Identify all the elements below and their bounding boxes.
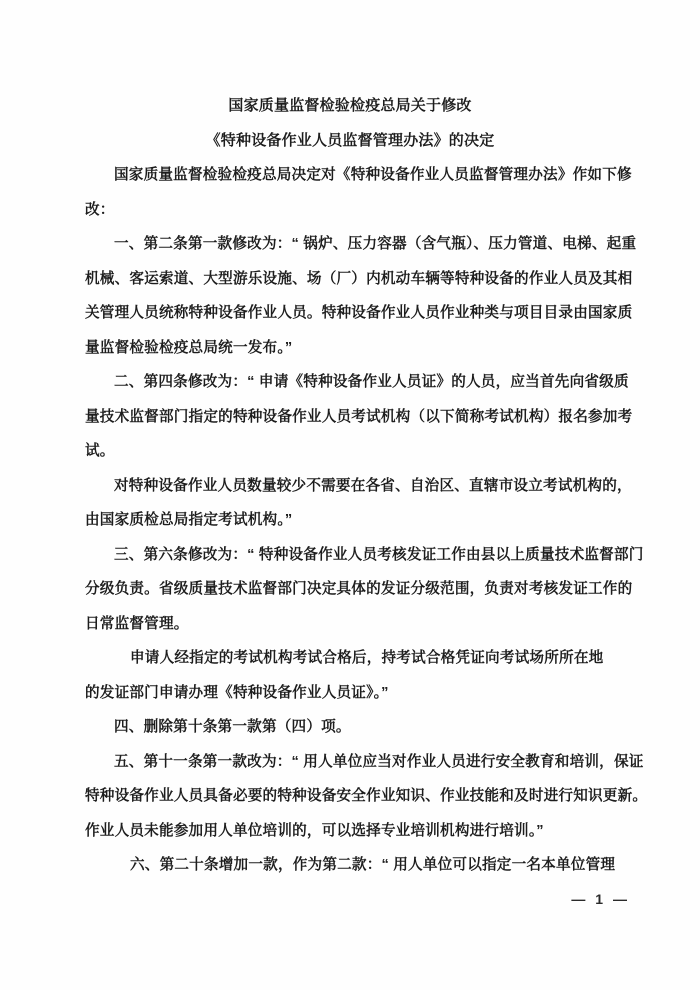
doc-line: 关管理人员统称特种设备作业人员。特种设备作业人员作业种类与项目目录由国家质 bbox=[85, 296, 615, 331]
document-page: 国家质量监督检验检疫总局关于修改 《特种设备作业人员监督管理办法》的决定 国家质… bbox=[0, 0, 700, 990]
doc-line: 特种设备作业人员具备必要的特种设备安全作业知识、作业技能和及时进行知识更新。 bbox=[85, 779, 615, 814]
doc-line: 作业人员未能参加用人单位培训的，可以选择专业培训机构进行培训。” bbox=[85, 814, 615, 849]
doc-title-line-2: 《特种设备作业人员监督管理办法》的决定 bbox=[85, 124, 615, 159]
doc-line: 量技术监督部门指定的特种设备作业人员考试机构（以下简称考试机构）报名参加考 bbox=[85, 400, 615, 435]
doc-line: 二、第四条修改为：“ 申请《特种设备作业人员证》的人员，应当首先向省级质 bbox=[85, 365, 615, 400]
doc-line: 改： bbox=[85, 193, 615, 228]
doc-line: 申请人经指定的考试机构考试合格后，持考试合格凭证向考试场所所在地 bbox=[85, 641, 615, 676]
doc-line: 一、第二条第一款修改为：“ 锅炉、压力容器（含气瓶）、压力管道、电梯、起重 bbox=[85, 227, 615, 262]
doc-line: 由国家质检总局指定考试机构。” bbox=[85, 503, 615, 538]
doc-line: 国家质量监督检验检疫总局决定对《特种设备作业人员监督管理办法》作如下修 bbox=[85, 158, 615, 193]
doc-line: 试。 bbox=[85, 434, 615, 469]
page-number: — 1 — bbox=[571, 889, 630, 909]
doc-line: 三、第六条修改为：“ 特种设备作业人员考核发证工作由县以上质量技术监督部门 bbox=[85, 538, 615, 573]
document-text-block: 国家质量监督检验检疫总局关于修改 《特种设备作业人员监督管理办法》的决定 国家质… bbox=[0, 0, 700, 883]
doc-line: 量监督检验检疫总局统一发布。” bbox=[85, 331, 615, 366]
doc-line: 机械、客运索道、大型游乐设施、场（厂）内机动车辆等特种设备的作业人员及其相 bbox=[85, 262, 615, 297]
doc-line: 五、第十一条第一款改为：“ 用人单位应当对作业人员进行安全教育和培训，保证 bbox=[85, 745, 615, 780]
doc-title-line-1: 国家质量监督检验检疫总局关于修改 bbox=[85, 89, 615, 124]
doc-line: 日常监督管理。 bbox=[85, 607, 615, 642]
doc-line: 分级负责。省级质量技术监督部门决定具体的发证分级范围，负责对考核发证工作的 bbox=[85, 572, 615, 607]
doc-line: 对特种设备作业人员数量较少不需要在各省、自治区、直辖市设立考试机构的， bbox=[85, 469, 615, 504]
doc-line: 四、删除第十条第一款第（四）项。 bbox=[85, 710, 615, 745]
doc-line: 的发证部门申请办理《特种设备作业人员证》。” bbox=[85, 676, 615, 711]
doc-line: 六、第二十条增加一款，作为第二款：“ 用人单位可以指定一名本单位管理 bbox=[85, 848, 615, 883]
